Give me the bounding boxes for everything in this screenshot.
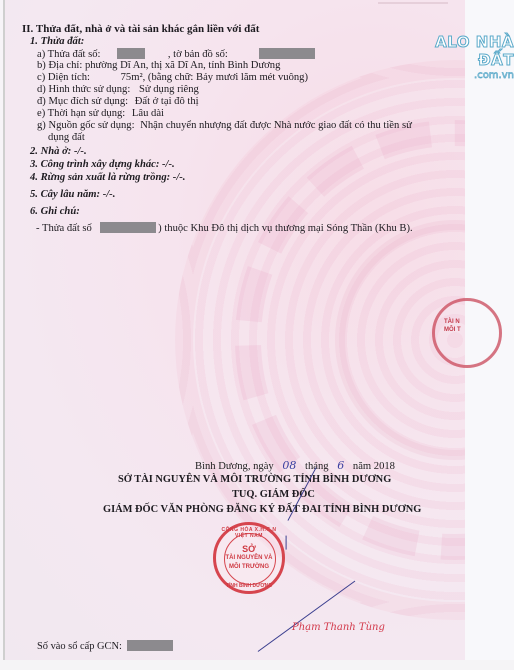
forest-item: 4. Rừng sản xuất là rừng trồng: -/-.	[30, 172, 185, 184]
usage-purpose-label: đ) Mục đích sử dụng:	[37, 96, 128, 107]
usage-origin-label: g) Nguồn gốc sử dụng:	[37, 120, 135, 131]
stamp-line-3: MÔI TRƯỜNG	[216, 564, 282, 570]
usage-origin-cont: dụng đất	[48, 132, 85, 144]
usage-form-label: d) Hình thức sử dụng:	[37, 84, 130, 95]
usage-term-row: e) Thời hạn sử dụng: Lâu dài	[37, 108, 164, 120]
usage-form-row: d) Hình thức sử dụng: Sử dụng riêng	[37, 84, 199, 96]
stamp-rim-top: CỘNG HÒA X.H.C.N VIỆT NAM	[216, 527, 282, 539]
usage-origin-value: Nhận chuyển nhượng đất được Nhà nước gia…	[140, 120, 412, 131]
section-title: II. Thửa đất, nhà ở và tài sản khác gắn …	[22, 23, 259, 35]
perennial-item: 5. Cây lâu năm: -/-.	[30, 189, 115, 201]
watermark-brand: ALO NHÀ ĐẤT	[412, 33, 514, 69]
registry-redacted	[127, 640, 173, 651]
land-heading: 1. Thửa đất:	[30, 36, 84, 48]
signature-loop	[285, 536, 286, 550]
stamp-line-2: TÀI NGUYÊN VÀ	[216, 555, 282, 561]
usage-term-label: e) Thời hạn sử dụng:	[37, 108, 125, 119]
registry-row: Số vào sổ cấp GCN:	[37, 640, 173, 653]
note-redacted	[100, 222, 156, 233]
address: b) Địa chỉ: phường Dĩ An, thị xã Dĩ An, …	[37, 60, 280, 72]
area-label: c) Diện tích:	[37, 72, 90, 83]
registry-label: Số vào sổ cấp GCN:	[37, 641, 122, 652]
place-date-prefix: Bình Dương, ngày	[195, 461, 274, 472]
place-date: Bình Dương, ngày 08 tháng 6 năm 2018	[195, 459, 395, 472]
usage-term-value: Lâu dài	[132, 108, 164, 119]
official-stamp-icon: CỘNG HÒA X.H.C.N VIỆT NAM SỞ TÀI NGUYÊN …	[213, 522, 285, 594]
usage-purpose-value: Đất ở tại đô thị	[135, 96, 199, 107]
note-row: - Thửa đất số ) thuộc Khu Đô thị dịch vụ…	[36, 222, 413, 235]
note-prefix: - Thửa đất số	[36, 223, 92, 234]
page-bottom-edge	[0, 660, 514, 670]
map-sheet-label: , tờ bản đồ số:	[168, 49, 228, 60]
map-sheet-redacted	[259, 48, 315, 59]
land-number-redacted	[117, 48, 145, 59]
year-label: năm 2018	[353, 461, 395, 472]
watermark: ALO NHÀ ĐẤT .com.vn	[412, 33, 514, 81]
org-line: SỞ TÀI NGUYÊN VÀ MÔI TRƯỜNG TỈNH BÌNH DƯ…	[118, 474, 391, 485]
signer-name: Phạm Thanh Tùng	[292, 622, 385, 633]
month-label: tháng	[305, 461, 329, 472]
notes-heading: 6. Ghi chú:	[30, 206, 80, 218]
usage-purpose-row: đ) Mục đích sử dụng: Đất ở tại đô thị	[37, 96, 199, 108]
partial-stamp-text: TÀI N MÔI T	[444, 318, 461, 334]
usage-form-value: Sử dụng riêng	[139, 84, 199, 95]
note-suffix: ) thuộc Khu Đô thị dịch vụ thương mại Só…	[158, 223, 413, 234]
house-item: 2. Nhà ở: -/-.	[30, 146, 87, 158]
day-handwritten: 08	[282, 459, 296, 472]
land-number-label: a) Thửa đất số:	[37, 49, 101, 60]
other-construction-item: 3. Công trình xây dựng khác: -/-.	[30, 159, 175, 171]
usage-origin-row: g) Nguồn gốc sử dụng: Nhận chuyển nhượng…	[37, 120, 412, 132]
area-value: 75m², (bằng chữ: Bảy mươi lăm mét vuông)	[121, 72, 308, 83]
partial-stamp-icon	[432, 298, 502, 368]
watermark-domain: .com.vn	[412, 70, 514, 81]
area-row: c) Diện tích: 75m², (bằng chữ: Bảy mươi …	[37, 72, 308, 84]
month-handwritten: 6	[337, 459, 344, 472]
stamp-line-1: SỞ	[216, 544, 282, 554]
stamp-rim-bottom: TỈNH BÌNH DƯƠNG	[216, 583, 282, 589]
director-line: GIÁM ĐỐC VĂN PHÒNG ĐĂNG KÝ ĐẤT ĐAI TỈNH …	[103, 504, 421, 515]
